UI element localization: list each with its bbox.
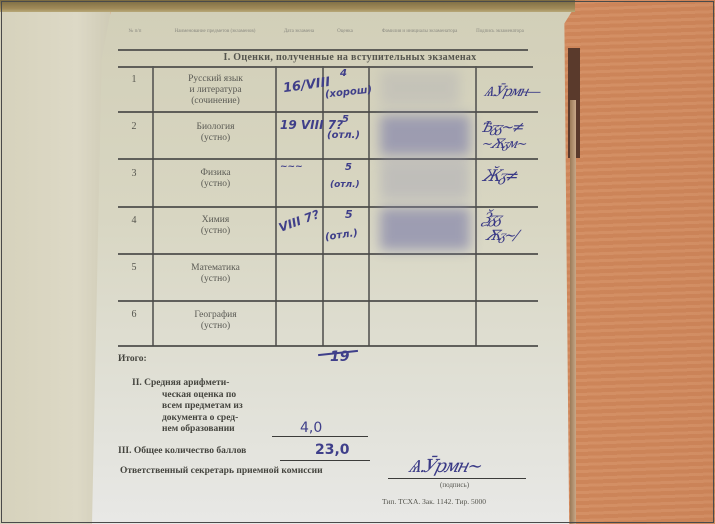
row-number: 6 [124, 309, 144, 320]
section-title-divider [118, 66, 533, 68]
row-number: 1 [124, 74, 144, 85]
examiner-signature: ~Ѫᵹм~ [480, 136, 528, 152]
section-1-title: I. Оценки, полученные на вступительных э… [200, 52, 500, 63]
row-divider [118, 111, 538, 113]
row-divider [118, 158, 538, 160]
examiner-signature: Ѫᵹ~∕ [484, 228, 519, 245]
printer-note: Тип. ТСХА. Зак. 1142. Тир. 5000 [382, 497, 486, 506]
grade-word: (отл.) [327, 130, 360, 141]
examiner-signature: Ѧ.Ӯрмн— [483, 84, 542, 101]
section-2-underline [272, 436, 368, 437]
subject-name: География (устно) [158, 310, 273, 332]
exam-date: VIII 7? [277, 207, 321, 235]
grade-number: 5 [345, 208, 353, 221]
row-number: 2 [124, 121, 144, 132]
row-number: 3 [124, 168, 144, 179]
grade-word: (хорош) [325, 85, 373, 101]
subject-line: Химия [158, 215, 273, 226]
subject-line: География [158, 310, 273, 321]
examiner-signature: Ӂᵹ≠ [481, 166, 519, 186]
examiner-blurred [380, 160, 470, 200]
header-grade: Оценка [324, 14, 366, 50]
grade-number: 4 [340, 68, 347, 79]
section-2-line: нем образовании [132, 424, 292, 436]
examiner-signature: Ѣᵹᵹ~≠ [479, 118, 525, 137]
subject-name: Биология (устно) [158, 122, 273, 144]
row-divider [118, 253, 538, 255]
document-content: № п/п Наименование предметов (экзаменов)… [0, 0, 715, 524]
exam-date: 16/VIII [282, 75, 331, 96]
examiner-signature: Ѯᵹᵹ [481, 208, 503, 228]
secretary-label: Ответственный секретарь приемной комисси… [120, 466, 323, 476]
row-number: 5 [124, 262, 144, 273]
section-3-underline [280, 460, 370, 461]
header-signature: Подпись экзаменатора [470, 14, 530, 50]
subject-line: (устно) [158, 179, 273, 190]
section-2-value: 4,0 [300, 420, 322, 436]
exam-date: ~~~ [280, 162, 303, 172]
subject-line: (устно) [158, 321, 273, 332]
header-examiner: Фамилия и инициалы экзаменатора [372, 14, 467, 50]
total-label: Итого: [118, 354, 147, 364]
subject-line: Русский язык [158, 74, 273, 85]
section-2-line: всем предметам из [132, 401, 292, 413]
examiner-blurred [380, 70, 460, 106]
total-value: 19 [330, 349, 349, 365]
header-num: № п/п [120, 14, 150, 50]
subject-name: Физика (устно) [158, 168, 273, 190]
grade-number: 5 [345, 162, 352, 173]
section-3-value: 23,0 [315, 442, 350, 458]
section-2-label: II. Средняя арифмети- ческая оценка по в… [132, 378, 292, 436]
row-divider [118, 300, 538, 302]
subject-name: Химия (устно) [158, 215, 273, 237]
row-divider [118, 345, 538, 347]
subject-line: Математика [158, 263, 273, 274]
section-2-line: ческая оценка по [132, 390, 292, 402]
subject-name: Русский язык и литература (сочинение) [158, 74, 273, 107]
grade-number: 5 [342, 114, 349, 125]
section-2-line: II. Средняя арифмети- [132, 378, 292, 390]
secretary-signature: Ѧ.Ӯрмн~ [407, 456, 483, 477]
secretary-signature-line [388, 478, 526, 479]
header-divider [118, 49, 528, 51]
subject-line: Физика [158, 168, 273, 179]
subject-line: (устно) [158, 226, 273, 237]
row-divider [118, 206, 538, 208]
subject-line: и литература [158, 85, 273, 96]
subject-line: (сочинение) [158, 96, 273, 107]
header-date: Дата экзамена [278, 14, 320, 50]
header-subject: Наименование предметов (экзаменов) [160, 14, 270, 50]
grade-word: (отл.) [330, 180, 360, 190]
subject-line: Биология [158, 122, 273, 133]
examiner-blurred [380, 208, 470, 250]
grade-word: (отл.) [324, 228, 358, 243]
row-number: 4 [124, 215, 144, 226]
subject-line: (устно) [158, 133, 273, 144]
section-3-label: III. Общее количество баллов [118, 446, 246, 456]
section-2-line: документа о сред- [132, 413, 292, 425]
subject-line: (устно) [158, 274, 273, 285]
examiner-blurred [380, 115, 470, 155]
signature-caption: (подпись) [440, 481, 469, 489]
subject-name: Математика (устно) [158, 263, 273, 285]
